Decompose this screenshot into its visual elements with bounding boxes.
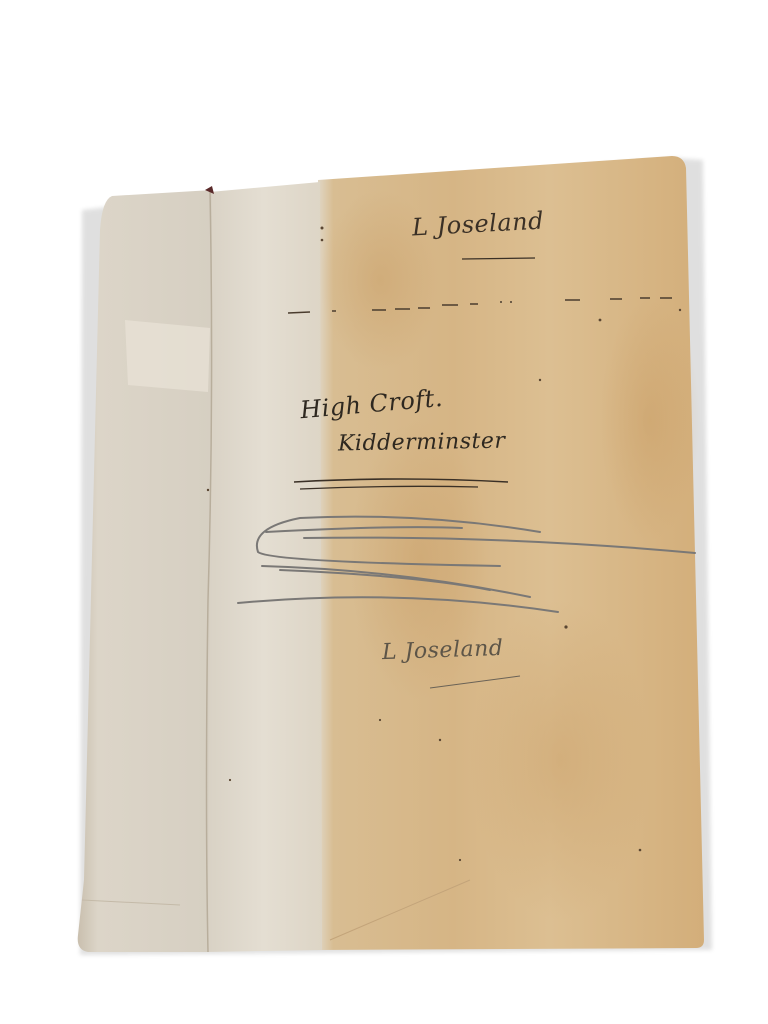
document-photo <box>0 0 768 1024</box>
stain-blotch <box>600 300 700 540</box>
photo-stage: L Joseland High Croft. Kidderminster L J… <box>0 0 768 1024</box>
tape-strip <box>125 320 210 392</box>
signature-bottom: L Joseland <box>382 636 504 665</box>
address-line-2: Kidderminster <box>338 429 506 457</box>
